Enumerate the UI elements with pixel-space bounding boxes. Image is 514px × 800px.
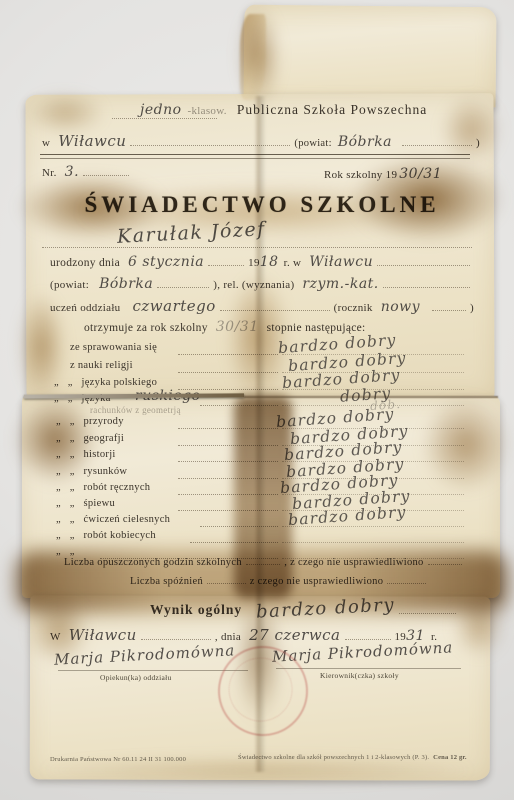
grade-label: „ „ ćwiczeń cielesnych bbox=[56, 514, 170, 525]
dotted-leader bbox=[383, 287, 470, 288]
overall-result-label: Wynik ogólny bbox=[150, 602, 242, 618]
receives-year-handwritten: 30/31 bbox=[216, 319, 259, 335]
grade-label: „ „ przyrody bbox=[56, 416, 124, 427]
dotted-leader bbox=[208, 265, 244, 266]
dotted-leader bbox=[282, 542, 464, 543]
grade-label: „ „ śpiewu bbox=[56, 498, 115, 509]
location-value-handwritten: Wiławcu bbox=[58, 132, 126, 150]
grade-label: „ „ robót ręcznych bbox=[56, 482, 150, 493]
lateness-line: Liczba spóźnień z czego nie usprawiedliw… bbox=[130, 576, 430, 587]
issue-place-handwritten: Wiławcu bbox=[69, 626, 137, 644]
grade-label: „ „ rysunków bbox=[56, 466, 127, 477]
photo-background: jedno -klasow. Publiczna Szkoła Powszech… bbox=[0, 0, 514, 800]
grade-label: z nauki religji bbox=[70, 360, 133, 371]
county-close: ) bbox=[476, 137, 480, 149]
grade-label: „ „ historji bbox=[56, 449, 116, 460]
born-label: urodzony dnia bbox=[50, 257, 120, 269]
school-year-line: Rok szkolny 19 30/31 bbox=[324, 166, 442, 182]
dotted-leader bbox=[432, 310, 466, 311]
receives-prefix: otrzymuje za rok szkolny bbox=[84, 322, 208, 334]
location-label: w bbox=[42, 137, 50, 149]
dotted-leader bbox=[207, 583, 246, 584]
signature-left-role: Opiekun(ka) oddziału bbox=[100, 673, 172, 682]
cohort-label: (rocznik bbox=[334, 302, 373, 314]
dotted-leader bbox=[402, 145, 472, 146]
signature-line bbox=[58, 670, 248, 671]
grade-label: ze sprawowania się bbox=[70, 342, 157, 353]
printer-imprint: Drukarnia Państwowa Nr 60.11 24 II 31 10… bbox=[50, 756, 186, 763]
receives-line: otrzymuje za rok szkolny 30/31 stopnie n… bbox=[84, 319, 366, 335]
dotted-leader bbox=[200, 526, 278, 527]
dotted-leader bbox=[428, 564, 462, 565]
pupil-county-label: (powiat: bbox=[50, 279, 89, 291]
school-type-handwritten: jedno bbox=[140, 102, 182, 118]
form-info-line: Świadectwo szkolne dla szkół powszechnyc… bbox=[238, 754, 467, 761]
grade-label: „ „ języka polskiego bbox=[54, 377, 157, 388]
pupil-name-line: Karułak Józef bbox=[117, 222, 266, 244]
born-day-handwritten: 6 stycznia bbox=[128, 254, 204, 270]
form-price: Cena 12 gr. bbox=[433, 754, 467, 761]
grade-label: „ „ bbox=[56, 546, 75, 557]
dotted-leader bbox=[345, 639, 391, 640]
cohort-value-handwritten: nowy bbox=[381, 299, 420, 315]
dotted-leader bbox=[83, 175, 129, 176]
school-type-suffix: -klasow. bbox=[188, 105, 227, 117]
number-line: Nr. 3. bbox=[42, 164, 129, 180]
grade-label-handwritten: ruskiego bbox=[135, 388, 201, 404]
vertical-fold-crease bbox=[254, 96, 266, 772]
dotted-leader bbox=[130, 145, 290, 146]
class-value-handwritten: czwartego bbox=[132, 297, 215, 315]
lateness-excuse-label: z czego nie usprawiedliwiono bbox=[250, 576, 383, 587]
lateness-label: Liczba spóźnień bbox=[130, 576, 203, 587]
school-year-label: Rok szkolny 19 bbox=[324, 169, 397, 181]
dotted-leader bbox=[141, 639, 211, 640]
signature-line bbox=[276, 668, 461, 669]
grade-label: „ „ geografji bbox=[56, 433, 124, 444]
number-value-handwritten: 3. bbox=[65, 164, 79, 180]
school-name-line: jedno -klasow. Publiczna Szkoła Powszech… bbox=[140, 102, 427, 118]
dotted-leader bbox=[220, 310, 330, 311]
underline bbox=[112, 118, 217, 119]
county-label: (powiat: bbox=[294, 138, 331, 149]
school-certificate-document: jedno -klasow. Publiczna Szkoła Powszech… bbox=[22, 6, 500, 788]
class-label: uczeń oddziału bbox=[50, 302, 120, 314]
missed-excuse-label: , z czego nie usprawiedliwiono bbox=[284, 557, 423, 568]
overall-result-value-handwritten: bardzo dobry bbox=[256, 594, 396, 622]
born-place-handwritten: Wiławcu bbox=[309, 254, 373, 270]
grade-label: „ „ robót kobiecych bbox=[56, 530, 156, 541]
born-r-w: r. w bbox=[284, 257, 302, 269]
number-label: Nr. bbox=[42, 167, 57, 179]
overall-result-line: Wynik ogólny bardzo dobry bbox=[150, 598, 460, 619]
dotted-leader bbox=[157, 287, 209, 288]
missed-hours-label: Liczba opuszczonych godzin szkolnych bbox=[64, 557, 242, 568]
school-year-value-handwritten: 30/31 bbox=[399, 166, 442, 182]
signature-left-handwritten: Marja Pikrodomówna bbox=[54, 641, 236, 668]
signature-right-role: Kierownik(czka) szkoły bbox=[320, 671, 399, 680]
religion-value-handwritten: rzym.-kat. bbox=[302, 276, 378, 292]
dotted-leader bbox=[399, 613, 456, 614]
cohort-close: ) bbox=[470, 302, 474, 314]
dotted-leader bbox=[387, 583, 426, 584]
county-value-handwritten: Bóbrka bbox=[338, 134, 392, 150]
receives-suffix: stopnie następujące: bbox=[267, 322, 366, 334]
pupil-name-handwritten: Karułak Józef bbox=[117, 218, 267, 248]
issue-place-label: W bbox=[50, 631, 61, 643]
pupil-county-handwritten: Bóbrka bbox=[99, 276, 153, 292]
form-info: Świadectwo szkolne dla szkół powszechnyc… bbox=[238, 754, 429, 761]
dotted-leader bbox=[377, 265, 470, 266]
